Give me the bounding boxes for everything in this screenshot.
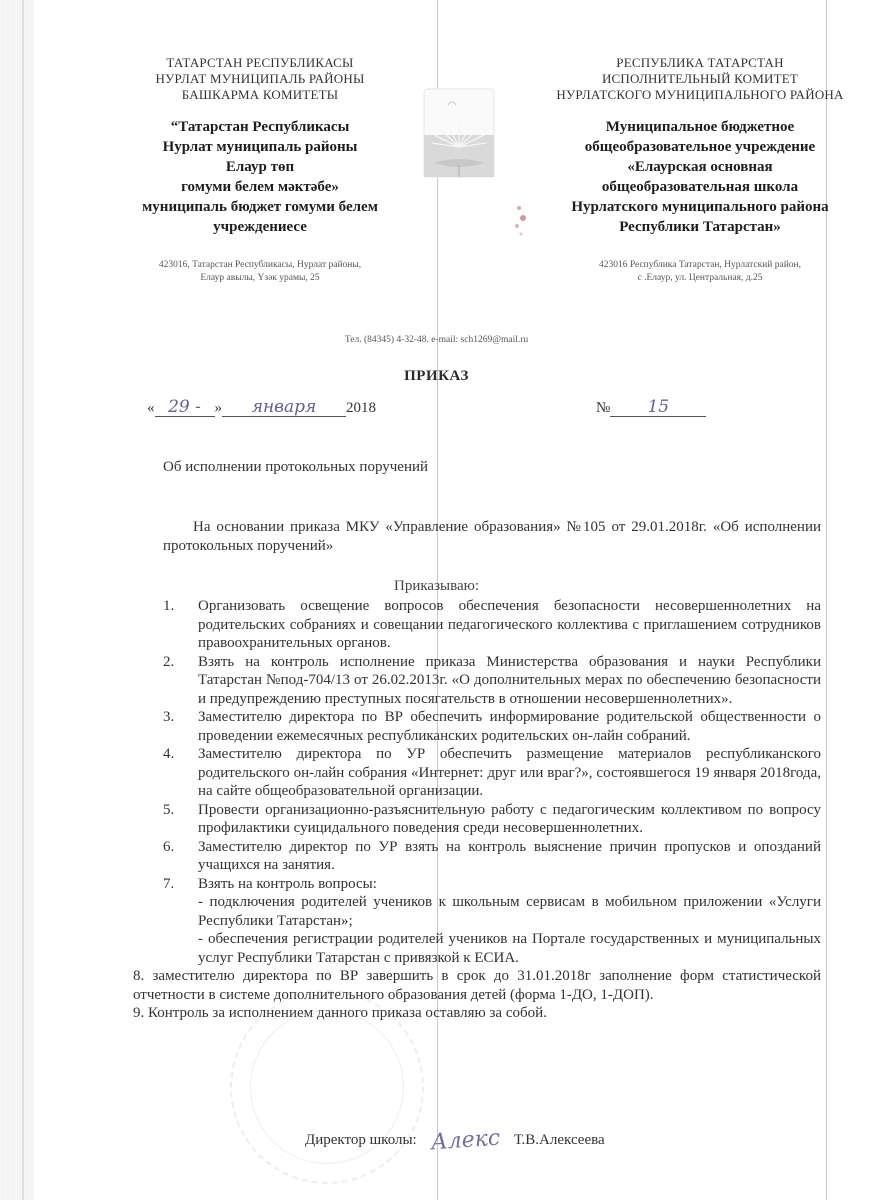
- order-basis: На основании приказа МКУ «Управление обр…: [163, 518, 821, 556]
- item-text: Взять на контроль вопросы:: [198, 875, 821, 894]
- org-name: “Татарстан Республикасы Нурлат муниципал…: [110, 117, 410, 237]
- handwritten-signature: Алекс: [430, 1126, 501, 1156]
- authority-line: БАШКАРМА КОМИТЕТЫ: [110, 87, 410, 103]
- order-item: 3. Заместителю директора по ВР обеспечит…: [163, 708, 821, 745]
- org-line: учреждениесе: [110, 217, 410, 237]
- authority-line: НУРЛАТСКОГО МУНИЦИПАЛЬНОГО РАЙОНА: [520, 87, 873, 103]
- authority-line: НУРЛАТ МУНИЦИПАЛЬ РАЙОНЫ: [110, 71, 410, 87]
- address: 423016 Республика Татарстан, Нурлатский …: [520, 259, 873, 285]
- item-body: Взять на контроль вопросы: - подключения…: [198, 875, 821, 968]
- quote-close: »: [215, 400, 223, 417]
- order-item: 5. Провести организационно-разъяснительн…: [163, 801, 821, 838]
- item-number: 1.: [163, 597, 198, 653]
- item-number: 3.: [163, 708, 198, 745]
- org-name: Муниципальное бюджетное общеобразователь…: [520, 117, 873, 237]
- item-text: Провести организационно-разъяснительную …: [198, 801, 821, 838]
- address: 423016, Татарстан Республикасы, Нурлат р…: [110, 259, 410, 285]
- date-month: января: [222, 398, 346, 417]
- org-line: Республики Татарстан»: [520, 217, 873, 237]
- org-line: общеобразовательное учреждение: [520, 137, 873, 157]
- org-line: Елаур төп: [110, 157, 410, 177]
- signer-name: Т.В.Алексеева: [514, 1132, 605, 1149]
- sub-item: - подключения родителей учеников к школь…: [198, 893, 821, 930]
- authority-line: ИСПОЛНИТЕЛЬНЫЙ КОМИТЕТ: [520, 71, 873, 87]
- order-item: 6. Заместителю директор по УР взять на к…: [163, 838, 821, 875]
- orders-list: 1. Организовать освещение вопросов обесп…: [163, 597, 821, 1023]
- quote-open: «: [147, 400, 155, 417]
- address-line: с .Елаур, ул. Центральная, д.25: [520, 272, 873, 285]
- item-text: Взять на контроль исполнение приказа Мин…: [198, 653, 821, 709]
- org-line: «Елаурская основная: [520, 157, 873, 177]
- order-subject: Об исполнении протокольных поручений: [163, 459, 428, 476]
- header-left-tatar: ТАТАРСТАН РЕСПУБЛИКАСЫ НУРЛАТ МУНИЦИПАЛЬ…: [110, 55, 410, 285]
- item-number: 4.: [163, 745, 198, 801]
- item-text: Заместителю директора по ВР обеспечить и…: [198, 708, 821, 745]
- document-title: ПРИКАЗ: [0, 368, 873, 385]
- authority-line: РЕСПУБЛИКА ТАТАРСТАН: [520, 55, 873, 71]
- order-number: № 15: [596, 398, 706, 417]
- order-item: 1. Организовать освещение вопросов обесп…: [163, 597, 821, 653]
- coat-of-arms-icon: [420, 85, 498, 185]
- org-line: “Татарстан Республикасы: [110, 117, 410, 137]
- date-year: 2018: [346, 400, 376, 417]
- org-line: Муниципальное бюджетное: [520, 117, 873, 137]
- order-item: 4. Заместителю директора по УР обеспечит…: [163, 745, 821, 801]
- address-line: 423016, Татарстан Республикасы, Нурлат р…: [110, 259, 410, 272]
- school-stamp: [230, 990, 424, 1184]
- org-line: Нурлатского муниципального района: [520, 197, 873, 217]
- number-value: 15: [610, 398, 706, 417]
- order-item-plain: 8. заместителю директора по ВР завершить…: [133, 967, 821, 1004]
- sub-item: - обеспечения регистрации родителей учен…: [198, 930, 821, 967]
- ink-stain: [505, 200, 535, 240]
- item-number: 7.: [163, 875, 198, 968]
- org-line: Нурлат муниципаль районы: [110, 137, 410, 157]
- contact-info: Тел. (84345) 4-32-48. e-mail: sch1269@ma…: [0, 335, 873, 345]
- order-date: « 29 - » января 2018: [147, 398, 376, 417]
- order-item-plain: 9. Контроль за исполнением данного прика…: [133, 1004, 821, 1023]
- number-label: №: [596, 400, 610, 417]
- org-line: муниципаль бюджет гомуми белем: [110, 197, 410, 217]
- order-item: 7. Взять на контроль вопросы: - подключе…: [163, 875, 821, 968]
- orders-heading: Приказываю:: [0, 578, 873, 595]
- header-right-russian: РЕСПУБЛИКА ТАТАРСТАН ИСПОЛНИТЕЛЬНЫЙ КОМИ…: [520, 55, 873, 285]
- authority-line: ТАТАРСТАН РЕСПУБЛИКАСЫ: [110, 55, 410, 71]
- org-line: гомуми белем мәктәбе»: [110, 177, 410, 197]
- item-number: 6.: [163, 838, 198, 875]
- date-day: 29 -: [155, 398, 215, 417]
- address-line: 423016 Республика Татарстан, Нурлатский …: [520, 259, 873, 272]
- address-line: Елаур авылы, Үзәк урамы, 25: [110, 272, 410, 285]
- org-line: общеобразовательная школа: [520, 177, 873, 197]
- scan-edge: [0, 0, 34, 1200]
- item-text: Организовать освещение вопросов обеспече…: [198, 597, 821, 653]
- signature-block: Директор школы: Алекс Т.В.Алексеева: [305, 1128, 605, 1153]
- order-item: 2. Взять на контроль исполнение приказа …: [163, 653, 821, 709]
- item-number: 2.: [163, 653, 198, 709]
- item-text: Заместителю директора по УР обеспечить р…: [198, 745, 821, 801]
- item-number: 5.: [163, 801, 198, 838]
- signer-role: Директор школы:: [305, 1132, 417, 1149]
- item-text: Заместителю директор по УР взять на конт…: [198, 838, 821, 875]
